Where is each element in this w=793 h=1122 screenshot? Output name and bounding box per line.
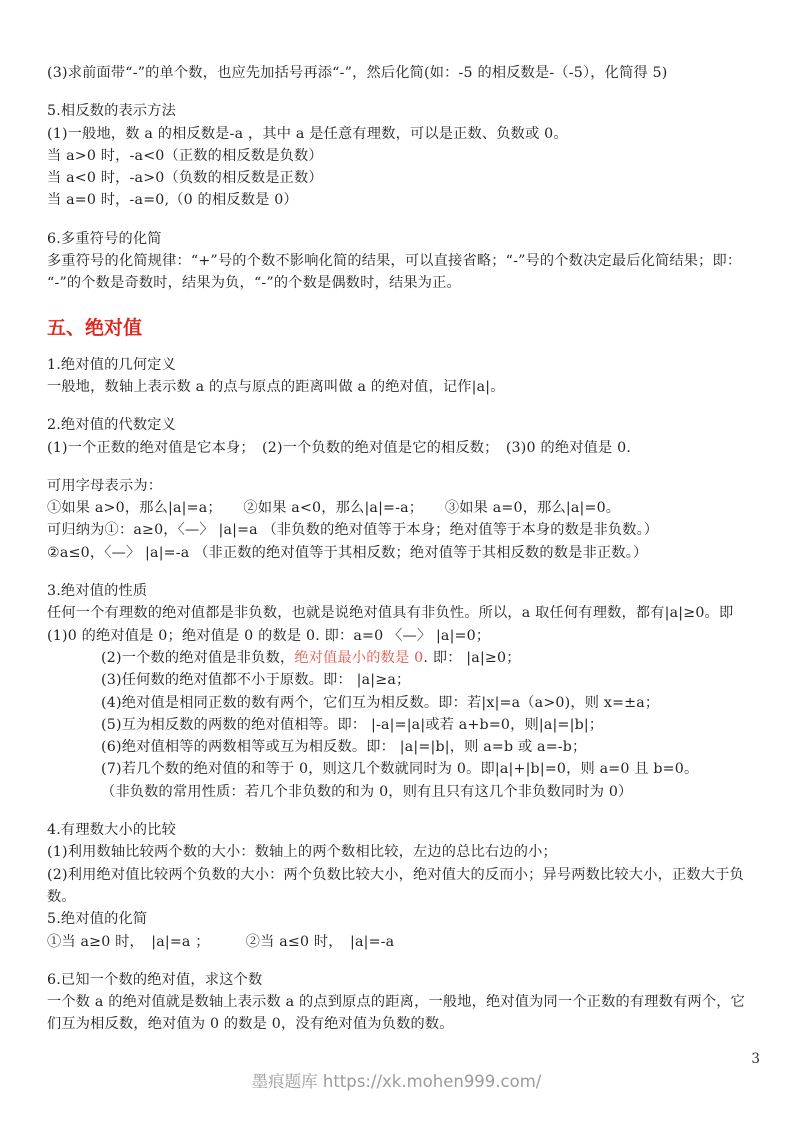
text-line: 3.绝对值的性质 bbox=[47, 580, 753, 602]
highlight-red-text: 绝对值最小的数是 0 bbox=[294, 650, 423, 666]
blank-line bbox=[47, 84, 753, 100]
text-line: 任何一个有理数的绝对值都是非负数，也就是说绝对值具有非负性。所以，a 取任何有理… bbox=[47, 602, 753, 624]
blank-line bbox=[47, 564, 753, 580]
text-line: 可用字母表示为： bbox=[47, 475, 753, 497]
text-line: 当 a<0 时，-a>0（负数的相反数是正数） bbox=[47, 167, 753, 189]
text-run: (6)绝对值相等的两数相等或互为相反数。即： |a|=|b|，则 a=b 或 a… bbox=[101, 739, 586, 755]
text-line: 可归纳为①：a≥0，〈—〉 |a|=a （非负数的绝对值等于本身；绝对值等于本身… bbox=[47, 519, 753, 541]
text-run: (2)利用绝对值比较两个负数的大小：两个负数比较大小，绝对值大的反而小；异号两数… bbox=[47, 867, 744, 883]
text-line: (1)一个正数的绝对值是它本身； (2)一个负数的绝对值是它的相反数； (3)0… bbox=[47, 437, 753, 459]
blank-line bbox=[47, 803, 753, 819]
text-run: (7)若几个数的绝对值的和等于 0，则这几个数就同时为 0。即|a|+|b|=0… bbox=[101, 761, 698, 777]
text-run: 当 a<0 时，-a>0（负数的相反数是正数） bbox=[47, 170, 323, 186]
text-run: . 即： |a|≥0； bbox=[423, 650, 520, 666]
blank-line bbox=[47, 398, 753, 414]
page-footer: 墨痕题库 https://xk.mohen999.com/ bbox=[0, 1070, 793, 1094]
text-line: 1.绝对值的几何定义 bbox=[47, 354, 753, 376]
text-line: 5.绝对值的化简 bbox=[47, 908, 753, 930]
text-run: （非负数的常用性质：若几个非负数的和为 0，则有且只有这几个非负数同时为 0） bbox=[101, 784, 632, 800]
text-line: (4)绝对值是相同正数的数有两个，它们互为相反数。即：若|x|=a（a>0)，则… bbox=[47, 692, 753, 714]
text-line: ①如果 a>0，那么|a|=a； ②如果 a<0，那么|a|=-a； ③如果 a… bbox=[47, 497, 753, 519]
text-line: (2)一个数的绝对值是非负数，绝对值最小的数是 0. 即： |a|≥0； bbox=[47, 647, 753, 669]
text-run: (2)一个数的绝对值是非负数， bbox=[101, 650, 294, 666]
text-run: 多重符号的化简规律：“+”号的个数不影响化简的结果，可以直接省略；“-”号的个数… bbox=[47, 253, 741, 269]
footer-site-link[interactable]: 墨痕题库 https://xk.mohen999.com/ bbox=[252, 1072, 542, 1091]
text-run: 当 a>0 时，-a<0（正数的相反数是负数） bbox=[47, 148, 323, 164]
text-run: 1.绝对值的几何定义 bbox=[47, 357, 176, 373]
text-run: (3)求前面带“-”的单个数，也应先加括号再添“-”，然后化简(如：-5 的相反… bbox=[47, 65, 668, 81]
text-line: 5.相反数的表示方法 bbox=[47, 100, 753, 122]
text-run: 5.绝对值的化简 bbox=[47, 911, 147, 927]
section-heading: 五、绝对值 bbox=[47, 315, 753, 341]
text-run: (5)互为相反数的两数的绝对值相等。即： |-a|=|a|或若 a+b=0，则|… bbox=[101, 717, 603, 733]
document-page: (3)求前面带“-”的单个数，也应先加括号再添“-”，然后化简(如：-5 的相反… bbox=[0, 0, 793, 1122]
text-run: 6.已知一个数的绝对值，求这个数 bbox=[47, 972, 262, 988]
text-run: (3)任何数的绝对值都不小于原数。即： |a|≥a； bbox=[101, 672, 410, 688]
text-run: 可归纳为①：a≥0，〈—〉 |a|=a （非负数的绝对值等于本身；绝对值等于本身… bbox=[47, 522, 658, 538]
text-run: (4)绝对值是相同正数的数有两个，它们互为相反数。即：若|x|=a（a>0)，则… bbox=[101, 695, 659, 711]
text-line: 当 a>0 时，-a<0（正数的相反数是负数） bbox=[47, 145, 753, 167]
text-run: 数。 bbox=[47, 889, 76, 905]
blank-line bbox=[47, 212, 753, 228]
text-line: 一个数 a 的绝对值就是数轴上表示数 a 的点到原点的距离，一般地，绝对值为同一… bbox=[47, 991, 753, 1013]
text-line: 们互为相反数，绝对值为 0 的数是 0，没有绝对值为负数的数。 bbox=[47, 1013, 753, 1035]
text-line: ①当 a≥0 时， |a|=a ； ②当 a≤0 时， |a|=-a bbox=[47, 931, 753, 953]
text-line: (7)若几个数的绝对值的和等于 0，则这几个数就同时为 0。即|a|+|b|=0… bbox=[47, 758, 753, 780]
text-run: 当 a=0 时，-a=0,（0 的相反数是 0） bbox=[47, 192, 298, 208]
text-line: (3)求前面带“-”的单个数，也应先加括号再添“-”，然后化简(如：-5 的相反… bbox=[47, 62, 753, 84]
text-run: ②a≤0，〈—〉 |a|=-a （非正数的绝对值等于其相反数；绝对值等于其相反数… bbox=[47, 545, 647, 561]
text-line: (2)利用绝对值比较两个负数的大小：两个负数比较大小，绝对值大的反而小；异号两数… bbox=[47, 864, 753, 886]
text-line: 2.绝对值的代数定义 bbox=[47, 414, 753, 436]
text-run: 一般地，数轴上表示数 a 的点与原点的距离叫做 a 的绝对值，记作|a|。 bbox=[47, 379, 505, 395]
text-line: 6.多重符号的化简 bbox=[47, 228, 753, 250]
text-run: “-”的个数是奇数时，结果为负，“-”的个数是偶数时，结果为正。 bbox=[47, 275, 461, 291]
text-run: 可用字母表示为： bbox=[47, 478, 162, 494]
text-run: 任何一个有理数的绝对值都是非负数，也就是说绝对值具有非负性。所以，a 取任何有理… bbox=[47, 605, 733, 621]
blank-line bbox=[47, 953, 753, 969]
text-run: ①如果 a>0，那么|a|=a； ②如果 a<0，那么|a|=-a； ③如果 a… bbox=[47, 500, 620, 516]
text-line: (5)互为相反数的两数的绝对值相等。即： |-a|=|a|或若 a+b=0，则|… bbox=[47, 714, 753, 736]
page-body: (3)求前面带“-”的单个数，也应先加括号再添“-”，然后化简(如：-5 的相反… bbox=[47, 62, 753, 1036]
text-run: (1)利用数轴比较两个数的大小：数轴上的两个数相比较，左边的总比右边的小； bbox=[47, 844, 557, 860]
text-run: (1)0 的绝对值是 0；绝对值是 0 的数是 0. 即：a=0 〈—〉 |a|… bbox=[47, 628, 490, 644]
text-run: 3.绝对值的性质 bbox=[47, 583, 147, 599]
text-line: 当 a=0 时，-a=0,（0 的相反数是 0） bbox=[47, 189, 753, 211]
text-line: 多重符号的化简规律：“+”号的个数不影响化简的结果，可以直接省略；“-”号的个数… bbox=[47, 250, 753, 272]
blank-line bbox=[47, 459, 753, 475]
text-line: (1)利用数轴比较两个数的大小：数轴上的两个数相比较，左边的总比右边的小； bbox=[47, 841, 753, 863]
text-line: (1)一般地，数 a 的相反数是-a ，其中 a 是任意有理数，可以是正数、负数… bbox=[47, 123, 753, 145]
text-run: 2.绝对值的代数定义 bbox=[47, 417, 176, 433]
page-number: 3 bbox=[751, 1050, 760, 1068]
text-run: 们互为相反数，绝对值为 0 的数是 0，没有绝对值为负数的数。 bbox=[47, 1016, 454, 1032]
text-run: 4.有理数大小的比较 bbox=[47, 822, 176, 838]
text-line: （非负数的常用性质：若几个非负数的和为 0，则有且只有这几个非负数同时为 0） bbox=[47, 781, 753, 803]
text-line: 6.已知一个数的绝对值，求这个数 bbox=[47, 969, 753, 991]
text-line: “-”的个数是奇数时，结果为负，“-”的个数是偶数时，结果为正。 bbox=[47, 272, 753, 294]
text-line: ②a≤0，〈—〉 |a|=-a （非正数的绝对值等于其相反数；绝对值等于其相反数… bbox=[47, 542, 753, 564]
text-line: 数。 bbox=[47, 886, 753, 908]
text-line: 一般地，数轴上表示数 a 的点与原点的距离叫做 a 的绝对值，记作|a|。 bbox=[47, 376, 753, 398]
text-run: 6.多重符号的化简 bbox=[47, 231, 162, 247]
text-line: (6)绝对值相等的两数相等或互为相反数。即： |a|=|b|，则 a=b 或 a… bbox=[47, 736, 753, 758]
text-run: 5.相反数的表示方法 bbox=[47, 103, 176, 119]
text-run: 一个数 a 的绝对值就是数轴上表示数 a 的点到原点的距离，一般地，绝对值为同一… bbox=[47, 994, 745, 1010]
text-line: (3)任何数的绝对值都不小于原数。即： |a|≥a； bbox=[47, 669, 753, 691]
text-run: ①当 a≥0 时， |a|=a ； ②当 a≤0 时， |a|=-a bbox=[47, 934, 394, 950]
text-run: (1)一个正数的绝对值是它本身； (2)一个负数的绝对值是它的相反数； (3)0… bbox=[47, 440, 631, 456]
text-line: 4.有理数大小的比较 bbox=[47, 819, 753, 841]
text-line: (1)0 的绝对值是 0；绝对值是 0 的数是 0. 即：a=0 〈—〉 |a|… bbox=[47, 625, 753, 647]
text-run: (1)一般地，数 a 的相反数是-a ，其中 a 是任意有理数，可以是正数、负数… bbox=[47, 126, 568, 142]
